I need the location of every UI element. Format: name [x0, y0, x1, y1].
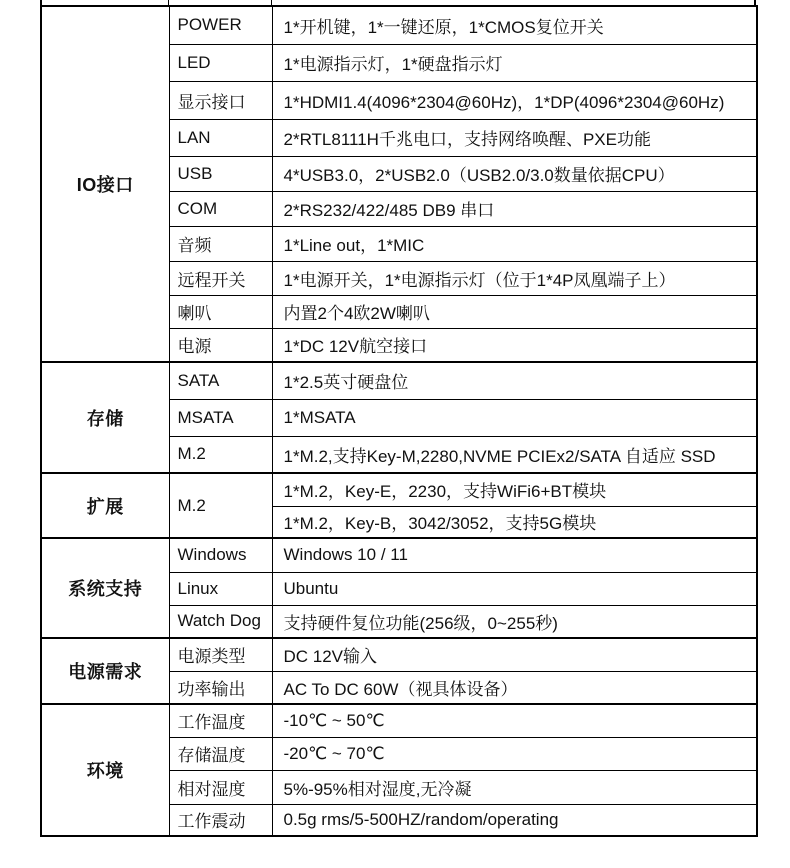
spec-name-cell: 工作震动 [169, 804, 272, 836]
spec-name-cell: Windows [169, 538, 272, 572]
spec-value-cell: -20℃ ~ 70℃ [272, 737, 757, 770]
spec-value-cell: 5%-95%相对湿度,无冷凝 [272, 770, 757, 804]
spec-name-cell: 相对湿度 [169, 770, 272, 804]
spec-name-cell: USB [169, 156, 272, 191]
spec-value-cell: 1*M.2,支持Key-M,2280,NVME PCIEx2/SATA 自适应 … [272, 436, 757, 473]
spec-value-cell: 1*MSATA [272, 399, 757, 436]
spec-sheet-page: IO接口POWER1*开机键，1*一键还原，1*CMOS复位开关LED1*电源指… [0, 0, 790, 868]
category-cell-os-support: 系统支持 [41, 538, 169, 638]
category-cell-storage: 存储 [41, 362, 169, 473]
spec-row: 电源需求电源类型DC 12V输入 [41, 638, 757, 671]
spec-name-cell: 喇叭 [169, 295, 272, 328]
spec-value-cell: 2*RTL8111H千兆电口，支持网络唤醒、PXE功能 [272, 119, 757, 156]
spec-name-cell: POWER [169, 6, 272, 44]
spec-value-cell: 1*Line out，1*MIC [272, 226, 757, 261]
spec-row: 环境工作温度-10℃ ~ 50℃ [41, 704, 757, 737]
spec-name-cell: 功率输出 [169, 671, 272, 704]
category-cell-expansion: 扩展 [41, 473, 169, 538]
category-cell-environment: 环境 [41, 704, 169, 836]
spec-value-cell: 内置2个4欧2W喇叭 [272, 295, 757, 328]
spec-name-cell: MSATA [169, 399, 272, 436]
spec-name-cell: M.2 [169, 436, 272, 473]
spec-table: IO接口POWER1*开机键，1*一键还原，1*CMOS复位开关LED1*电源指… [40, 5, 758, 837]
spec-value-cell: AC To DC 60W（视具体设备） [272, 671, 757, 704]
spec-row: 扩展M.21*M.2，Key-E，2230，支持WiFi6+BT模块 [41, 473, 757, 506]
spec-value-cell: -10℃ ~ 50℃ [272, 704, 757, 737]
spec-row: 系统支持WindowsWindows 10 / 11 [41, 538, 757, 572]
spec-value-cell: Windows 10 / 11 [272, 538, 757, 572]
spec-name-cell: 电源类型 [169, 638, 272, 671]
spec-name-cell: LAN [169, 119, 272, 156]
spec-name-cell: 显示接口 [169, 81, 272, 119]
spec-value-cell: 1*HDMI1.4(4096*2304@60Hz)，1*DP(4096*2304… [272, 81, 757, 119]
spec-name-cell: LED [169, 44, 272, 81]
spec-value-cell: 1*M.2，Key-E，2230，支持WiFi6+BT模块 [272, 473, 757, 506]
spec-value-cell: DC 12V输入 [272, 638, 757, 671]
spec-value-cell: 支持硬件复位功能(256级，0~255秒) [272, 605, 757, 638]
spec-value-cell: 1*电源开关，1*电源指示灯（位于1*4P凤凰端子上） [272, 261, 757, 295]
spec-name-cell: 音频 [169, 226, 272, 261]
spec-name-cell: SATA [169, 362, 272, 399]
spec-value-cell: 2*RS232/422/485 DB9 串口 [272, 191, 757, 226]
category-cell-power-requirement: 电源需求 [41, 638, 169, 704]
spec-name-cell: Linux [169, 572, 272, 605]
spec-value-cell: 1*开机键，1*一键还原，1*CMOS复位开关 [272, 6, 757, 44]
spec-value-cell: 0.5g rms/5-500HZ/random/operating [272, 804, 757, 836]
spec-name-cell: COM [169, 191, 272, 226]
spec-name-cell: 电源 [169, 328, 272, 362]
spec-name-cell: M.2 [169, 473, 272, 538]
spec-name-cell: 远程开关 [169, 261, 272, 295]
spec-value-cell: 1*M.2，Key-B，3042/3052，支持5G模块 [272, 506, 757, 538]
spec-name-cell: Watch Dog [169, 605, 272, 638]
spec-value-cell: 4*USB3.0，2*USB2.0（USB2.0/3.0数量依据CPU） [272, 156, 757, 191]
spec-value-cell: 1*2.5英寸硬盘位 [272, 362, 757, 399]
spec-name-cell: 存储温度 [169, 737, 272, 770]
spec-row: 存储SATA1*2.5英寸硬盘位 [41, 362, 757, 399]
spec-row: IO接口POWER1*开机键，1*一键还原，1*CMOS复位开关 [41, 6, 757, 44]
spec-value-cell: 1*DC 12V航空接口 [272, 328, 757, 362]
spec-value-cell: Ubuntu [272, 572, 757, 605]
spec-name-cell: 工作温度 [169, 704, 272, 737]
category-cell-io-ports: IO接口 [41, 6, 169, 362]
spec-value-cell: 1*电源指示灯，1*硬盘指示灯 [272, 44, 757, 81]
